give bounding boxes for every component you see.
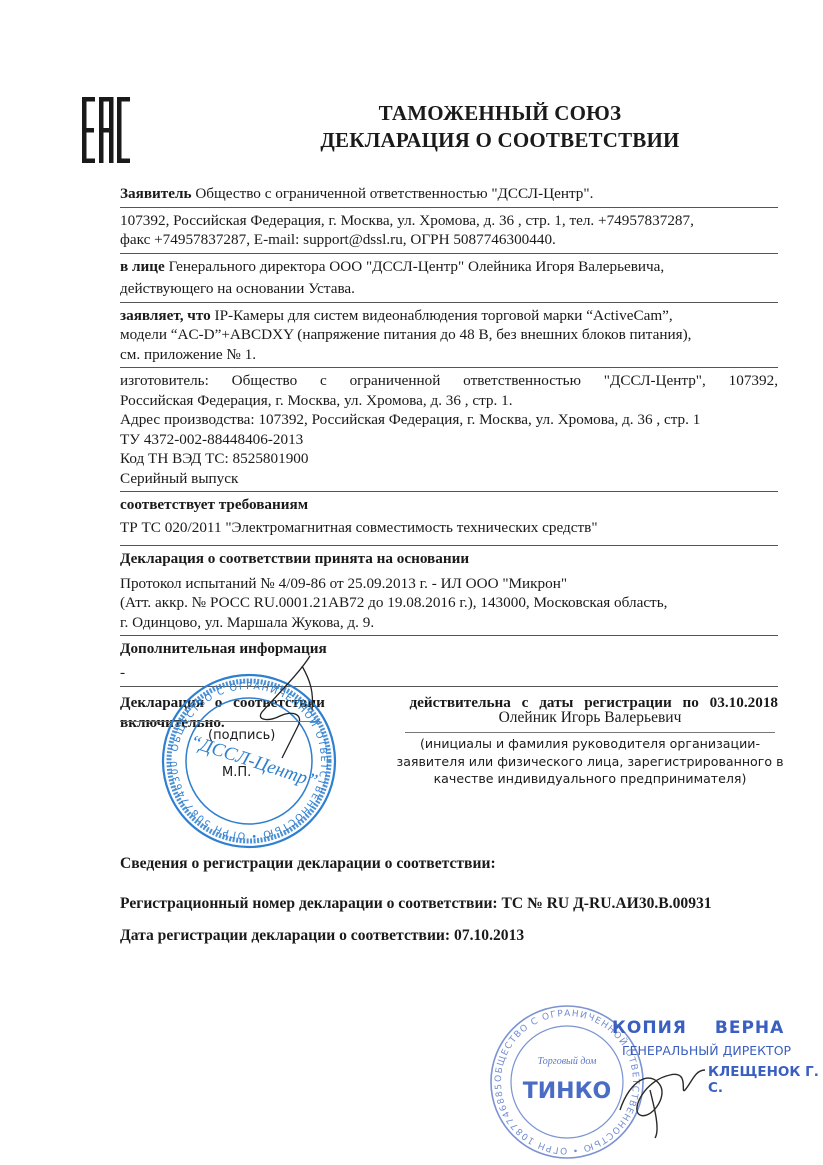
basis-label: Декларация о соответствии принята на осн… bbox=[120, 549, 778, 569]
registration-date-row: Дата регистрации декларации о соответств… bbox=[120, 927, 524, 945]
eac-mark-icon bbox=[82, 97, 130, 163]
additional-info-label: Дополнительная информация bbox=[120, 639, 778, 659]
basis-line1: Протокол испытаний № 4/09-86 от 25.09.20… bbox=[120, 574, 778, 594]
registration-number-label: Регистрационный номер декларации о соотв… bbox=[120, 895, 502, 912]
basis-line3: г. Одинцово, ул. Маршала Жукова, д. 9. bbox=[120, 613, 778, 633]
complies-label: соответствует требованиям bbox=[120, 495, 778, 515]
basis-section: Декларация о соответствии принята на осн… bbox=[120, 546, 778, 636]
stamp-trading-house: Торговый дом bbox=[538, 1056, 597, 1067]
manufacturer-line2: Российская Федерация, г. Москва, ул. Хро… bbox=[120, 391, 778, 411]
production-address: Адрес производства: 107392, Российская Ф… bbox=[120, 410, 778, 430]
represented-line2: действующего на основании Устава. bbox=[120, 279, 778, 299]
declares-line1: IP-Камеры для систем видеонаблюдения тор… bbox=[211, 307, 673, 324]
declares-line3: см. приложение № 1. bbox=[120, 345, 778, 365]
signer-desc-line3: качестве индивидуального предпринимателя… bbox=[395, 770, 785, 788]
represented-text: Генерального директора ООО "ДССЛ-Центр" … bbox=[165, 258, 664, 275]
declares-section: заявляет, что IP-Камеры для систем видео… bbox=[120, 303, 778, 369]
applicant-address-line1: 107392, Российская Федерация, г. Москва,… bbox=[120, 211, 778, 231]
document-title: ТАМОЖЕННЫЙ СОЮЗ ДЕКЛАРАЦИЯ О СООТВЕТСТВИ… bbox=[250, 100, 750, 154]
signature-line bbox=[120, 721, 320, 722]
applicant-section: Заявитель Общество с ограниченной ответс… bbox=[120, 181, 778, 208]
applicant-label: Заявитель bbox=[120, 185, 192, 202]
represented-label: в лице bbox=[120, 258, 165, 275]
declaration-body: Заявитель Общество с ограниченной ответс… bbox=[120, 181, 778, 735]
signer-name-line bbox=[405, 732, 775, 733]
signature-caption: (подпись) bbox=[208, 728, 275, 743]
title-line-customs-union: ТАМОЖЕННЫЙ СОЮЗ bbox=[250, 100, 750, 127]
registration-number-value: ТС № RU Д-RU.АИ30.В.00931 bbox=[502, 895, 712, 912]
stamp-tinko-logo: ТИНКО bbox=[523, 1079, 612, 1104]
signer-name: Олейник Игорь Валерьевич bbox=[405, 709, 775, 727]
seal-place-caption: М.П. bbox=[222, 765, 251, 780]
applicant-name: Общество с ограниченной ответственностью… bbox=[192, 185, 594, 202]
copy-word: КОПИЯ bbox=[612, 1018, 687, 1038]
manufacturer-section: изготовитель: Общество с ограниченной от… bbox=[120, 368, 778, 492]
certified-copy-position: ГЕНЕРАЛЬНЫЙ ДИРЕКТОР bbox=[622, 1043, 791, 1058]
regulation: ТР ТС 020/2011 "Электромагнитная совмест… bbox=[120, 518, 778, 538]
represented-by-section: в лице Генерального директора ООО "ДССЛ-… bbox=[120, 254, 778, 303]
title-line-declaration: ДЕКЛАРАЦИЯ О СООТВЕТСТВИИ bbox=[250, 127, 750, 154]
signer-desc-line1: (инициалы и фамилия руководителя организ… bbox=[395, 735, 785, 753]
true-word: ВЕРНА bbox=[715, 1018, 784, 1038]
applicant-address-line2: факс +74957837287, E-mail: support@dssl.… bbox=[120, 230, 778, 250]
registration-date-value: 07.10.2013 bbox=[454, 927, 524, 944]
declares-label: заявляет, что bbox=[120, 307, 211, 324]
signer-desc-line2: заявителя или физического лица, зарегист… bbox=[395, 753, 785, 771]
tnved-code: Код ТН ВЭД ТС: 8525801900 bbox=[120, 449, 778, 469]
release-type: Серийный выпуск bbox=[120, 469, 778, 489]
certified-copy-heading: КОПИЯВЕРНА bbox=[612, 1018, 784, 1038]
applicant-address-section: 107392, Российская Федерация, г. Москва,… bbox=[120, 208, 778, 254]
signer-description: (инициалы и фамилия руководителя организ… bbox=[395, 735, 785, 788]
declares-line2: модели “AC-D”+ABCDXY (напряжение питания… bbox=[120, 325, 778, 345]
tu-code: ТУ 4372-002-88448406-2013 bbox=[120, 430, 778, 450]
certified-copy-signer: КЛЕЩЕНОК Г. С. bbox=[708, 1064, 823, 1096]
registration-heading: Сведения о регистрации декларации о соот… bbox=[120, 855, 496, 873]
registration-number-row: Регистрационный номер декларации о соотв… bbox=[120, 895, 712, 913]
basis-line2: (Атт. аккр. № РОСС RU.0001.21АВ72 до 19.… bbox=[120, 593, 778, 613]
manufacturer-line1: изготовитель: Общество с ограниченной от… bbox=[120, 371, 778, 391]
applicant-seal-stamp: ОБЩЕСТВО С ОГРАНИЧЕННОЙ ОТВЕТСТВЕННОСТЬЮ… bbox=[160, 672, 338, 850]
registration-date-label: Дата регистрации декларации о соответств… bbox=[120, 927, 454, 944]
complies-section: соответствует требованиям ТР ТС 020/2011… bbox=[120, 492, 778, 546]
